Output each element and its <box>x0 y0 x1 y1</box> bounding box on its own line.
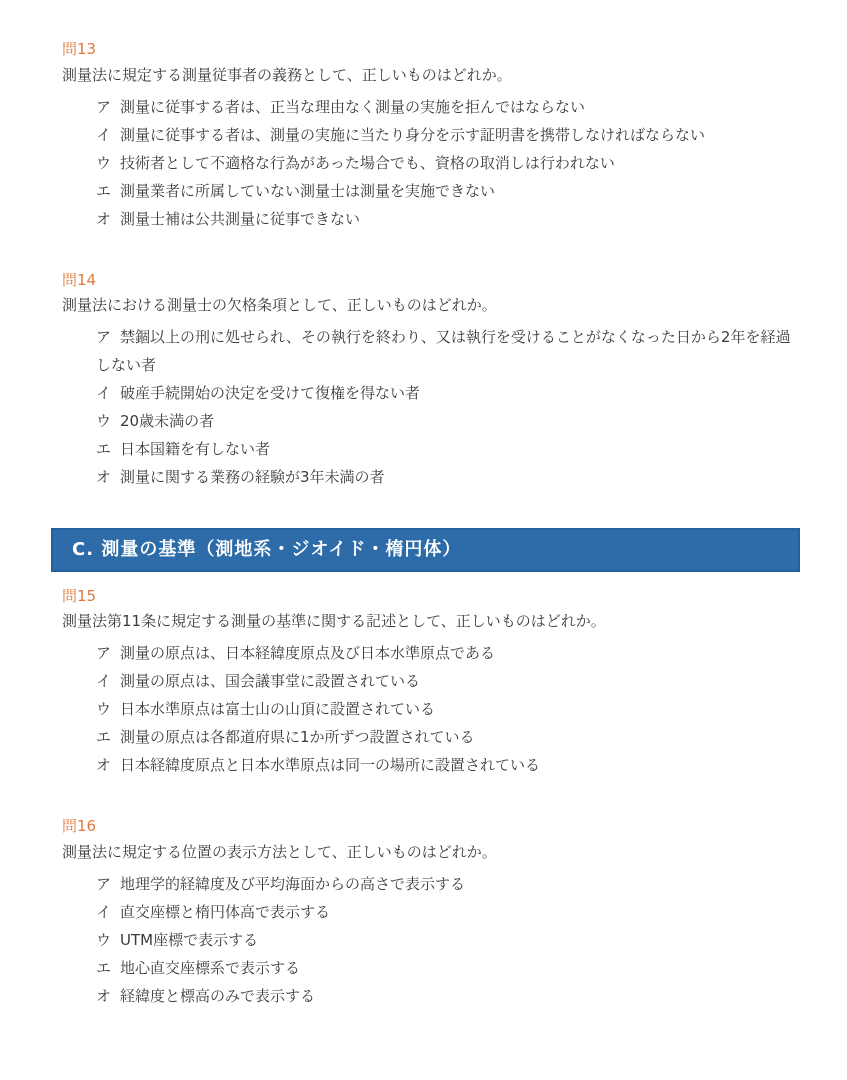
section-header-c: C. 測量の基準（測地系・ジオイド・楕円体） <box>51 528 800 572</box>
option-row: ア測量の原点は、日本経緯度原点及び日本水準原点である <box>62 639 800 667</box>
option-row: オ経緯度と標高のみで表示する <box>62 982 800 1010</box>
option-label: オ <box>96 468 111 486</box>
option-text: 技術者として不適格な行為があった場合でも、資格の取消しは行われない <box>120 154 615 172</box>
option-label: ウ <box>96 412 111 430</box>
option-row: イ直交座標と楕円体高で表示する <box>62 898 800 926</box>
option-row: エ測量の原点は各都道府県に1か所ずつ設置されている <box>62 723 800 751</box>
question-number: 問13 <box>62 38 800 61</box>
option-label: ア <box>96 98 111 116</box>
option-label: ウ <box>96 700 111 718</box>
option-text: 測量業者に所属していない測量士は測量を実施できない <box>120 182 495 200</box>
question-number: 問14 <box>62 269 800 292</box>
option-row: エ日本国籍を有しない者 <box>62 435 800 463</box>
option-label: エ <box>96 440 111 458</box>
option-text: 日本経緯度原点と日本水準原点は同一の場所に設置されている <box>120 756 540 774</box>
option-text: 地理学的経緯度及び平均海面からの高さで表示する <box>120 875 465 893</box>
option-text: 測量に従事する者は、正当な理由なく測量の実施を拒んではならない <box>120 98 585 116</box>
option-row: ウUTM座標で表示する <box>62 926 800 954</box>
option-text: 測量士補は公共測量に従事できない <box>120 210 360 228</box>
option-text: 経緯度と標高のみで表示する <box>120 987 315 1005</box>
option-label: イ <box>96 672 111 690</box>
question-block-13: 問13 測量法に規定する測量従事者の義務として、正しいものはどれか。 ア測量に従… <box>62 38 800 233</box>
option-label: ウ <box>96 154 111 172</box>
option-row: ウ日本水準原点は富士山の山頂に設置されている <box>62 695 800 723</box>
option-text: 地心直交座標系で表示する <box>120 959 300 977</box>
question-block-14: 問14 測量法における測量士の欠格条項として、正しいものはどれか。 ア禁錮以上の… <box>62 269 800 492</box>
option-text: 測量に関する業務の経験が3年未満の者 <box>120 468 385 486</box>
option-row: イ破産手続開始の決定を受けて復権を得ない者 <box>62 379 800 407</box>
option-label: オ <box>96 987 111 1005</box>
option-row: ウ20歳未満の者 <box>62 407 800 435</box>
option-row: ウ技術者として不適格な行為があった場合でも、資格の取消しは行われない <box>62 149 800 177</box>
option-row: オ測量士補は公共測量に従事できない <box>62 205 800 233</box>
option-text: 直交座標と楕円体高で表示する <box>120 903 330 921</box>
option-label: エ <box>96 959 111 977</box>
option-label: ア <box>96 328 111 346</box>
question-number: 問16 <box>62 815 800 838</box>
option-text: 測量の原点は、日本経緯度原点及び日本水準原点である <box>120 644 495 662</box>
option-row: ア測量に従事する者は、正当な理由なく測量の実施を拒んではならない <box>62 93 800 121</box>
option-row: エ測量業者に所属していない測量士は測量を実施できない <box>62 177 800 205</box>
option-row: ア禁錮以上の刑に処せられ、その執行を終わり、又は執行を受けることがなくなった日か… <box>62 323 800 379</box>
option-label: エ <box>96 728 111 746</box>
question-text: 測量法第11条に規定する測量の基準に関する記述として、正しいものはどれか。 <box>62 609 800 633</box>
option-row: ア地理学的経緯度及び平均海面からの高さで表示する <box>62 870 800 898</box>
option-list: ア禁錮以上の刑に処せられ、その執行を終わり、又は執行を受けることがなくなった日か… <box>62 323 800 491</box>
option-row: オ日本経緯度原点と日本水準原点は同一の場所に設置されている <box>62 751 800 779</box>
question-text: 測量法における測量士の欠格条項として、正しいものはどれか。 <box>62 293 800 317</box>
option-text: UTM座標で表示する <box>120 931 258 949</box>
option-label: ア <box>96 644 111 662</box>
option-label: ウ <box>96 931 111 949</box>
option-row: オ測量に関する業務の経験が3年未満の者 <box>62 463 800 491</box>
option-label: イ <box>96 903 111 921</box>
option-text: 測量の原点は、国会議事堂に設置されている <box>120 672 420 690</box>
option-text: 測量の原点は各都道府県に1か所ずつ設置されている <box>120 728 475 746</box>
option-text: 日本国籍を有しない者 <box>120 440 270 458</box>
option-text: 破産手続開始の決定を受けて復権を得ない者 <box>120 384 420 402</box>
option-label: イ <box>96 126 111 144</box>
option-label: ア <box>96 875 111 893</box>
option-label: オ <box>96 210 111 228</box>
option-row: イ測量に従事する者は、測量の実施に当たり身分を示す証明書を携帯しなければならない <box>62 121 800 149</box>
option-row: イ測量の原点は、国会議事堂に設置されている <box>62 667 800 695</box>
option-text: 日本水準原点は富士山の山頂に設置されている <box>120 700 435 718</box>
option-label: エ <box>96 182 111 200</box>
option-row: エ地心直交座標系で表示する <box>62 954 800 982</box>
question-text: 測量法に規定する測量従事者の義務として、正しいものはどれか。 <box>62 63 800 87</box>
option-list: ア測量の原点は、日本経緯度原点及び日本水準原点である イ測量の原点は、国会議事堂… <box>62 639 800 779</box>
option-list: ア地理学的経緯度及び平均海面からの高さで表示する イ直交座標と楕円体高で表示する… <box>62 870 800 1010</box>
option-text: 20歳未満の者 <box>120 412 214 430</box>
question-block-15: 問15 測量法第11条に規定する測量の基準に関する記述として、正しいものはどれか… <box>62 585 800 780</box>
question-text: 測量法に規定する位置の表示方法として、正しいものはどれか。 <box>62 840 800 864</box>
option-label: イ <box>96 384 111 402</box>
document-page: 問13 測量法に規定する測量従事者の義務として、正しいものはどれか。 ア測量に従… <box>0 0 847 1080</box>
option-label: オ <box>96 756 111 774</box>
option-text: 測量に従事する者は、測量の実施に当たり身分を示す証明書を携帯しなければならない <box>120 126 705 144</box>
option-list: ア測量に従事する者は、正当な理由なく測量の実施を拒んではならない イ測量に従事す… <box>62 93 800 233</box>
question-block-16: 問16 測量法に規定する位置の表示方法として、正しいものはどれか。 ア地理学的経… <box>62 815 800 1010</box>
question-number: 問15 <box>62 585 800 608</box>
option-text: 禁錮以上の刑に処せられ、その執行を終わり、又は執行を受けることがなくなった日から… <box>96 328 790 374</box>
